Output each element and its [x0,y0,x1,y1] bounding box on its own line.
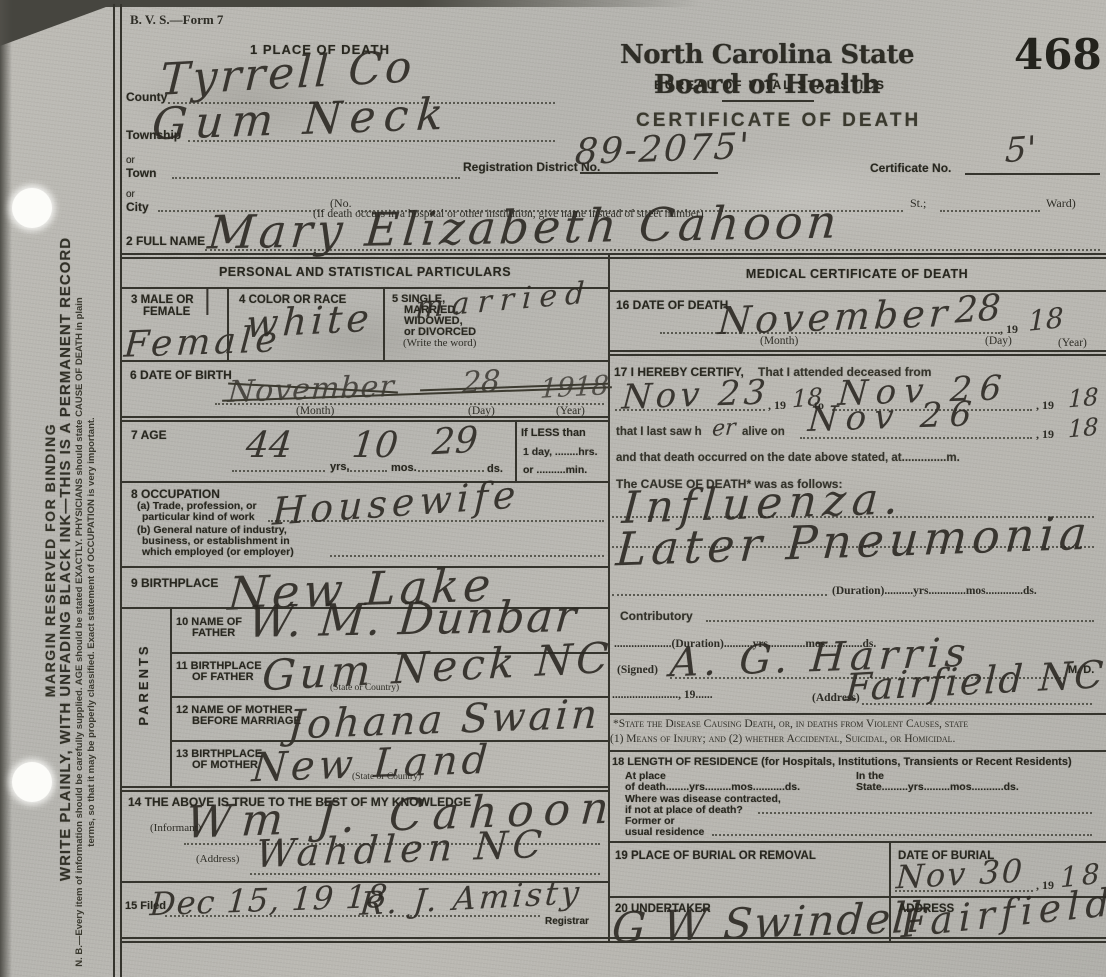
row6-bottom-rule-a [122,416,608,418]
occupation-value: Housewife [272,475,521,531]
medical-section-header: MEDICAL CERTIFICATE OF DEATH [608,267,1106,281]
certificate-no-label: Certificate No. [870,161,951,175]
dob-label: 6 DATE OF BIRTH [130,368,232,382]
last-saw-year-prefix: , 19 [1036,427,1054,442]
age-less-line3: or ..........min. [523,464,587,476]
mother-birthplace-label2: OF MOTHER [192,759,258,771]
last-saw-year: 18 [1068,415,1099,442]
dob-day-struck: 28 [461,367,501,399]
certificate-no-value: 5' [1004,132,1036,168]
registration-district-value: 89-2075' [574,129,752,171]
last-saw-date: Nov 26 [807,397,981,437]
punch-hole-top [12,188,52,228]
residence-in-state-2: State.........yrs.........mos...........… [856,781,1019,793]
cause-footnote-line1: *State the Disease Causing Death, or, in… [613,718,968,730]
duration-leading-dotted [612,594,827,596]
age-months-value: 10 [350,428,400,464]
mother-name-label2: BEFORE MARRIAGE [192,715,301,727]
form-left-rule-inner [120,4,122,977]
age-dotted-seg [418,470,484,472]
column-divider [608,253,610,941]
full-name-value: Mary Elizabeth Cahoon [206,198,842,255]
attended-from-date: Nov 23 [621,375,771,414]
dod-year-caption: (Year) [1058,337,1087,349]
sex-label-line1: 3 MALE OR [131,294,194,306]
residence-former-2: usual residence [625,826,704,838]
sex-label-line2: FEMALE [143,306,190,318]
row16-bottom-rule-a [608,350,1106,352]
sex-race-divider [227,287,229,360]
ward-label: Ward) [1046,196,1076,211]
margin-write-plainly-note: WRITE PLAINLY, WITH UNFADING BLACK INK—T… [57,180,74,938]
age-mos-caption: mos. [391,462,417,474]
town-label: Town [126,166,156,180]
death-certificate-scan: MARGIN RESERVED FOR BINDING WRITE PLAINL… [0,0,1106,977]
city-label: City [126,200,149,214]
form-code: B. V. S.—Form 7 [130,12,223,28]
informant-address-value: Wahdlen NC [255,825,548,873]
place-of-burial-label: 19 PLACE OF BURIAL OR REMOVAL [615,850,816,862]
marital-write-word-caption: (Write the word) [403,337,476,349]
birthplace-label: 9 BIRTHPLACE [131,576,218,590]
informant-address-caption: (Address) [196,853,239,865]
date-of-death-month: November [717,294,953,340]
dod-month-caption: (Month) [760,335,798,347]
punch-hole-bottom [12,762,52,802]
occupation-label: 8 OCCUPATION [131,487,220,501]
row5-bottom-rule [122,360,608,362]
duration-line: (Duration)..........yrs.............mos.… [832,585,1037,597]
cause-footnote-line2: (1) Means of Injury; and (2) whether Acc… [610,733,955,745]
physician-address-value: Fairfield NC [844,655,1106,707]
to-year-prefix: , 19 [1036,398,1054,413]
or-town-prefix: or [126,155,135,166]
father-name-label2: FATHER [192,627,235,639]
age-label: 7 AGE [131,428,167,442]
last-saw-post: alive on [742,426,785,438]
occupation-a2: particular kind of work [142,511,255,523]
or-city-prefix: or [126,189,135,200]
full-name-label: 2 FULL NAME [126,234,205,248]
residence-label: 18 LENGTH OF RESIDENCE (for Hospitals, I… [612,756,1072,768]
burial-date-value: Nov 30 [895,855,1025,894]
age-days-value: 29 [431,423,479,462]
age-less-line2: 1 day, ........hrs. [523,446,598,458]
age-less-line1: If LESS than [521,427,586,439]
last-saw-pre: that I last saw h [616,426,702,438]
registration-district-underline [580,172,718,174]
form-bottom-rule-a [122,937,1106,939]
from-year-prefix: , 19 [768,398,786,413]
township-value: Gum Neck [151,93,453,148]
date-of-death-day: 28 [954,290,1001,329]
form-left-rule-outer [113,4,115,977]
occupation-b-dotted [330,555,604,557]
footnote-bottom-rule [608,750,1106,752]
town-dotted-line [172,177,460,179]
age-dotted-seg [347,470,387,472]
mother-birthplace-value: New Land [251,740,493,788]
margin-binding-note: MARGIN RESERVED FOR BINDING [42,285,58,835]
occupation-b3: which employed (or employer) [142,546,294,558]
contributory-dotted [706,620,1094,622]
ward-dotted-line [940,210,1040,212]
signed-caption: (Signed) [617,664,658,676]
margin-nb-note: N. B.—Every item of information should b… [74,296,99,968]
bureau-subtitle: BUREAU OF VITAL STATISTICS [650,78,890,92]
residence-at-place-2: of death........yrs.........mos.........… [625,781,800,793]
age-years-value: 44 [244,428,294,464]
cause-value-2: Later Pneumonia [615,510,1094,573]
sex-stray-mark: | [203,288,212,314]
bureau-rule [722,100,814,102]
attended-to-year: 18 [1068,385,1099,412]
father-birthplace-label2: OF FATHER [192,671,254,683]
registrar-signature: R. J. Amisty [359,876,584,920]
certificate-no-underline [965,173,1100,175]
medical-header-rule [608,290,1106,292]
form-bottom-rule-b [122,941,1106,943]
age-dotted-seg [232,470,325,472]
row18-bottom-rule [608,841,1106,843]
last-saw-her: er [711,417,736,441]
scan-left-edge [0,0,12,977]
dod-day-caption: (Day) [985,335,1012,347]
date-of-death-label: 16 DATE OF DEATH [616,298,728,312]
race-marital-divider [383,287,385,360]
street-label: St.; [910,196,926,211]
row16-bottom-rule-b [608,354,1106,356]
contributory-label: Contributory [620,609,693,623]
footnote-top-rule [608,713,1106,715]
date-of-death-year: 18 [1028,304,1063,336]
personal-section-header: PERSONAL AND STATISTICAL PARTICULARS [122,265,608,279]
scan-corner-wedge [0,0,125,46]
registrar-caption: Registrar [545,916,589,927]
signed-year-line: ......................., 19...... [612,689,713,701]
residence-where-dotted [758,812,1092,814]
marital-value: married [415,278,593,324]
row6-bottom-rule-b [122,420,608,422]
race-value: white [245,299,374,344]
main-rule-top-b [122,257,1106,259]
parents-vertical-label: PARENTS [136,617,151,752]
death-occurred-line: and that death occurred on the date abov… [616,452,960,464]
main-rule-top-a [122,253,1106,255]
certificate-number-stamp: 468 [1014,30,1102,79]
filed-date-value: Dec 15, 19 18 [149,880,389,920]
residence-former-dotted [712,834,1092,836]
